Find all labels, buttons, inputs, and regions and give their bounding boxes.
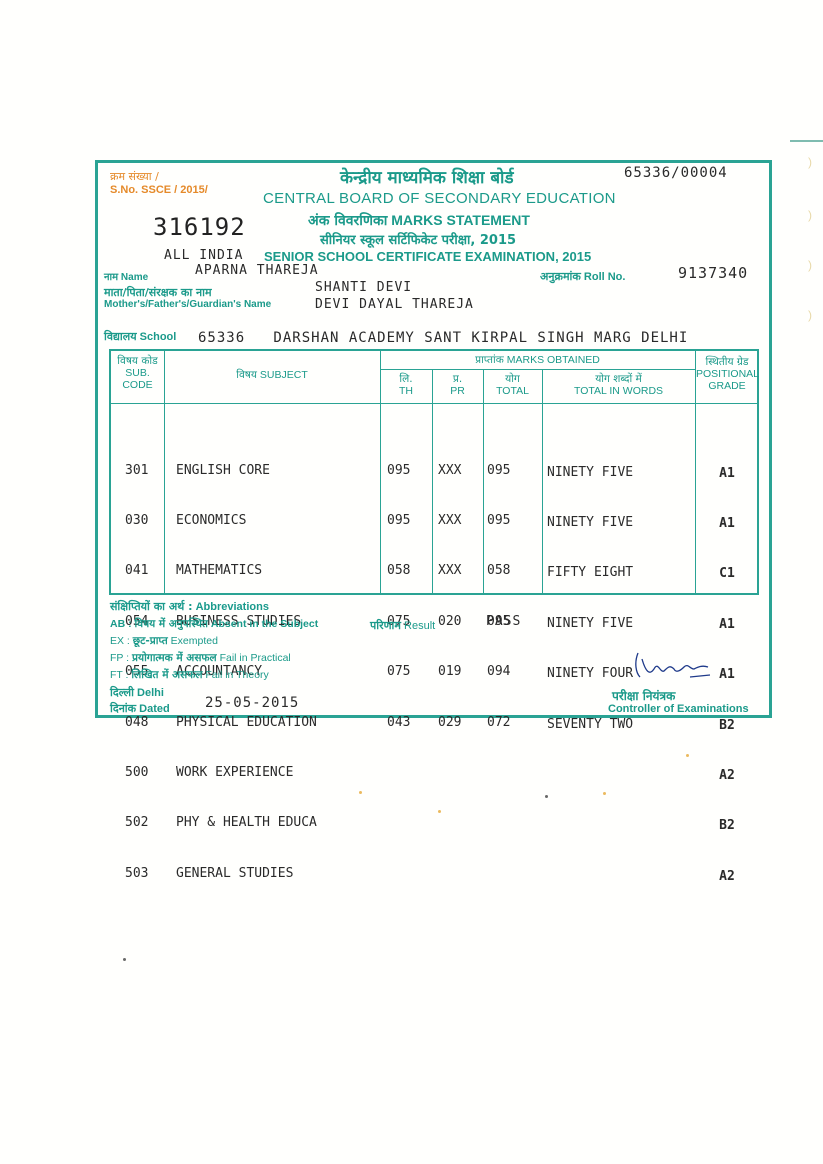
margin-mark: ) [808, 308, 812, 322]
document-title: अंक विवरणिका MARKS STATEMENT [308, 211, 530, 230]
header-marks-hindi: प्राप्तांक [475, 354, 504, 366]
document-reference: 65336/00004 [624, 165, 728, 181]
exam-name: SENIOR SCHOOL CERTIFICATE EXAMINATION, 2… [264, 249, 591, 264]
exam-scope: ALL INDIA [164, 248, 243, 263]
header-words-hindi: योग शब्दों में [542, 373, 695, 385]
header-pr-english: PR [432, 385, 483, 397]
dated-label-english: Dated [139, 703, 170, 715]
header-total-english: TOTAL [483, 385, 542, 397]
parent-label-hindi: माता/पिता/संरक्षक का नाम [104, 285, 212, 300]
table-cell-subject: ENGLISH CORE [176, 463, 317, 480]
candidate-name: APARNA THAREJA [195, 263, 319, 278]
roll-label-english: Roll No. [584, 271, 626, 283]
name-label-hindi: नाम [104, 272, 118, 283]
abbr-english: Fail in Theory [205, 669, 268, 681]
table-cell-th: 043 [387, 715, 434, 732]
paper-speck [359, 791, 362, 794]
roll-number: 9137340 [678, 264, 748, 282]
table-cell-words: NINETY FIVE [547, 616, 633, 633]
controller-title: Controller of Examinations [608, 703, 749, 715]
header-positional-grade: स्थितीय ग्रेड POSITIONAL GRADE [695, 356, 759, 392]
serial-label: S.No. SSCE / 2015/ [110, 184, 208, 196]
header-sub-code: विषय कोड SUB. CODE [111, 355, 164, 391]
name-label: नाम Name [104, 269, 148, 283]
paper-speck [545, 795, 548, 798]
header-total-in-words: योग शब्दों में TOTAL IN WORDS [542, 373, 695, 397]
table-cell-words: FIFTY EIGHT [547, 565, 633, 582]
abbr-hindi: विषय में अनुपस्थित [135, 618, 208, 630]
margin-mark: ) [808, 208, 812, 222]
result-value: PASS [486, 614, 521, 629]
roll-label: अनुक्रमांक Roll No. [540, 269, 625, 284]
table-cell-grade: B2 [695, 818, 759, 835]
table-cell-total: 095 [487, 513, 534, 530]
table-cell-code: 500 [125, 765, 172, 782]
table-cell-subject: MATHEMATICS [176, 563, 317, 580]
dated-label-hindi: दिनांक [110, 702, 136, 715]
table-cell-pr: 020 [438, 614, 485, 631]
table-cell-th: 095 [387, 513, 434, 530]
abbreviation-ex: EX : छूट-प्राप्त Exempted [110, 634, 218, 648]
abbr-code: EX [110, 635, 124, 647]
margin-mark: ) [808, 258, 812, 272]
abbr-english: Absent in the Subject [211, 618, 318, 630]
header-total: योग TOTAL [483, 373, 542, 397]
header-marks-obtained: प्राप्तांक MARKS OBTAINED [380, 354, 695, 366]
marks-statement-certificate: क्रम संख्या / S.No. SSCE / 2015/ 65336/0… [95, 160, 772, 718]
father-name: DEVI DAYAL THAREJA [315, 297, 474, 312]
column-th: 095 095 058 075 075 043 [387, 429, 434, 765]
table-cell-total: 058 [487, 563, 534, 580]
serial-label-hindi: क्रम संख्या / [110, 169, 159, 184]
header-subject: विषय SUBJECT [164, 369, 380, 381]
parent-label: Mother's/Father's/Guardian's Name [104, 299, 271, 310]
school-label: विद्यालय School [104, 329, 176, 344]
table-cell-grade: C1 [695, 566, 759, 583]
table-cell-pr: 019 [438, 664, 485, 681]
table-cell-th: 095 [387, 463, 434, 480]
school-label-english: School [140, 331, 177, 343]
school-label-hindi: विद्यालय [104, 330, 137, 343]
table-cell-subject: PHY & HEALTH EDUCA [176, 815, 317, 832]
header-subject-english: SUBJECT [260, 369, 308, 381]
column-total: 095 095 058 095 094 072 [487, 429, 534, 765]
table-cell-th: 075 [387, 664, 434, 681]
table-cell-grade: A2 [695, 768, 759, 785]
roll-label-hindi: अनुक्रमांक [540, 270, 581, 283]
header-th-hindi: लि. [380, 373, 432, 385]
table-cell-subject: ECONOMICS [176, 513, 317, 530]
header-th-english: TH [380, 385, 432, 397]
abbr-code: FT [110, 669, 123, 681]
table-cell-code: 048 [125, 715, 172, 732]
abbr-english: Fail in Practical [220, 652, 291, 664]
table-cell-grade: B2 [695, 718, 759, 735]
issue-date: 25-05-2015 [205, 695, 299, 711]
header-subject-hindi: विषय [236, 369, 257, 381]
header-sub-code-hindi: विषय कोड [111, 355, 164, 367]
abbreviations-title-english: Abbreviations [196, 601, 269, 613]
result-label: परिणाम Result [370, 618, 435, 633]
table-cell-grade: A1 [695, 617, 759, 634]
table-cell-words: SEVENTY TWO [547, 717, 633, 734]
abbreviation-fp: FP : प्रयोगात्मक में असफल Fail in Practi… [110, 651, 291, 665]
paper-speck [686, 754, 689, 757]
city: दिल्ली Delhi [110, 685, 164, 700]
abbr-code: AB [110, 618, 125, 630]
table-cell-grade: A1 [695, 516, 759, 533]
dated-label: दिनांक Dated [110, 701, 170, 716]
abbr-english: Exempted [171, 635, 218, 647]
header-th: लि. TH [380, 373, 432, 397]
table-cell-words: NINETY FIVE [547, 515, 633, 532]
paper-speck [603, 792, 606, 795]
header-grade-hindi: स्थितीय ग्रेड [695, 356, 759, 368]
table-cell-words: NINETY FOUR [547, 666, 633, 683]
result-label-english: Result [404, 620, 435, 632]
table-cell-pr: XXX [438, 513, 485, 530]
header-grade-english: POSITIONAL GRADE [696, 368, 758, 392]
table-cell-code: 503 [125, 866, 172, 883]
table-cell-words: NINETY FIVE [547, 465, 633, 482]
header-sub-code-english: SUB. CODE [120, 367, 156, 391]
abbr-hindi: प्रयोगात्मक में असफल [132, 652, 217, 664]
abbreviations-title: संक्षिप्तियों का अर्थ : Abbreviations [110, 599, 269, 614]
abbreviations-title-hindi: संक्षिप्तियों का अर्थ : [110, 600, 193, 613]
school-name: 65336 DARSHAN ACADEMY SANT KIRPAL SINGH … [198, 330, 688, 346]
header-divider [111, 403, 757, 404]
header-total-hindi: योग [483, 373, 542, 385]
table-cell-th: 058 [387, 563, 434, 580]
table-cell-subject: WORK EXPERIENCE [176, 765, 317, 782]
table-cell-total: 072 [487, 715, 534, 732]
table-cell-total: 094 [487, 664, 534, 681]
serial-number: 316192 [153, 213, 246, 241]
board-name-hindi: केन्द्रीय माध्यमिक शिक्षा बोर्ड [340, 165, 514, 188]
table-cell-subject: GENERAL STUDIES [176, 866, 317, 883]
marks-table: विषय कोड SUB. CODE विषय SUBJECT प्राप्ता… [109, 349, 759, 595]
table-cell-code: 030 [125, 513, 172, 530]
abbr-hindi: लिखित में असफल [131, 669, 202, 681]
margin-mark: ) [808, 155, 812, 169]
abbr-code: FP [110, 652, 123, 664]
table-cell-code: 041 [125, 563, 172, 580]
result-label-hindi: परिणाम [370, 619, 401, 632]
city-hindi: दिल्ली [110, 686, 134, 699]
mother-name: SHANTI DEVI [315, 280, 412, 295]
edge-line [790, 140, 823, 142]
table-cell-subject: PHYSICAL EDUCATION [176, 715, 317, 732]
paper-speck [438, 810, 441, 813]
exam-name-hindi: सीनियर स्कूल सर्टिफिकेट परीक्षा, 2015 [320, 230, 516, 248]
table-cell-grade: A2 [695, 869, 759, 886]
table-cell-code: 301 [125, 463, 172, 480]
abbreviation-ab: AB : विषय में अनुपस्थित Absent in the Su… [110, 617, 318, 631]
document-title-english: MARKS STATEMENT [391, 212, 530, 228]
header-pr: प्र. PR [432, 373, 483, 397]
board-name: CENTRAL BOARD OF SECONDARY EDUCATION [263, 190, 616, 207]
name-label-english: Name [121, 272, 148, 283]
table-cell-total: 095 [487, 463, 534, 480]
column-total-in-words: NINETY FIVE NINETY FIVE FIFTY EIGHT NINE… [547, 431, 633, 767]
document-title-hindi: अंक विवरणिका [308, 213, 387, 229]
city-english: Delhi [137, 687, 164, 699]
abbr-hindi: छूट-प्राप्त [133, 635, 168, 647]
table-cell-pr: 029 [438, 715, 485, 732]
header-pr-hindi: प्र. [432, 373, 483, 385]
paper-speck [123, 958, 126, 961]
controller-title-hindi: परीक्षा नियंत्रक [612, 687, 675, 704]
abbreviation-ft: FT : लिखित में असफल Fail in Theory [110, 668, 269, 682]
column-pr: XXX XXX XXX 020 019 029 [438, 429, 485, 765]
signature-icon [628, 647, 718, 688]
table-cell-pr: XXX [438, 463, 485, 480]
row-divider [380, 369, 695, 370]
table-cell-pr: XXX [438, 563, 485, 580]
header-words-english: TOTAL IN WORDS [542, 385, 695, 397]
table-cell-code: 502 [125, 815, 172, 832]
header-marks-english: MARKS OBTAINED [507, 354, 600, 366]
table-cell-grade: A1 [695, 466, 759, 483]
